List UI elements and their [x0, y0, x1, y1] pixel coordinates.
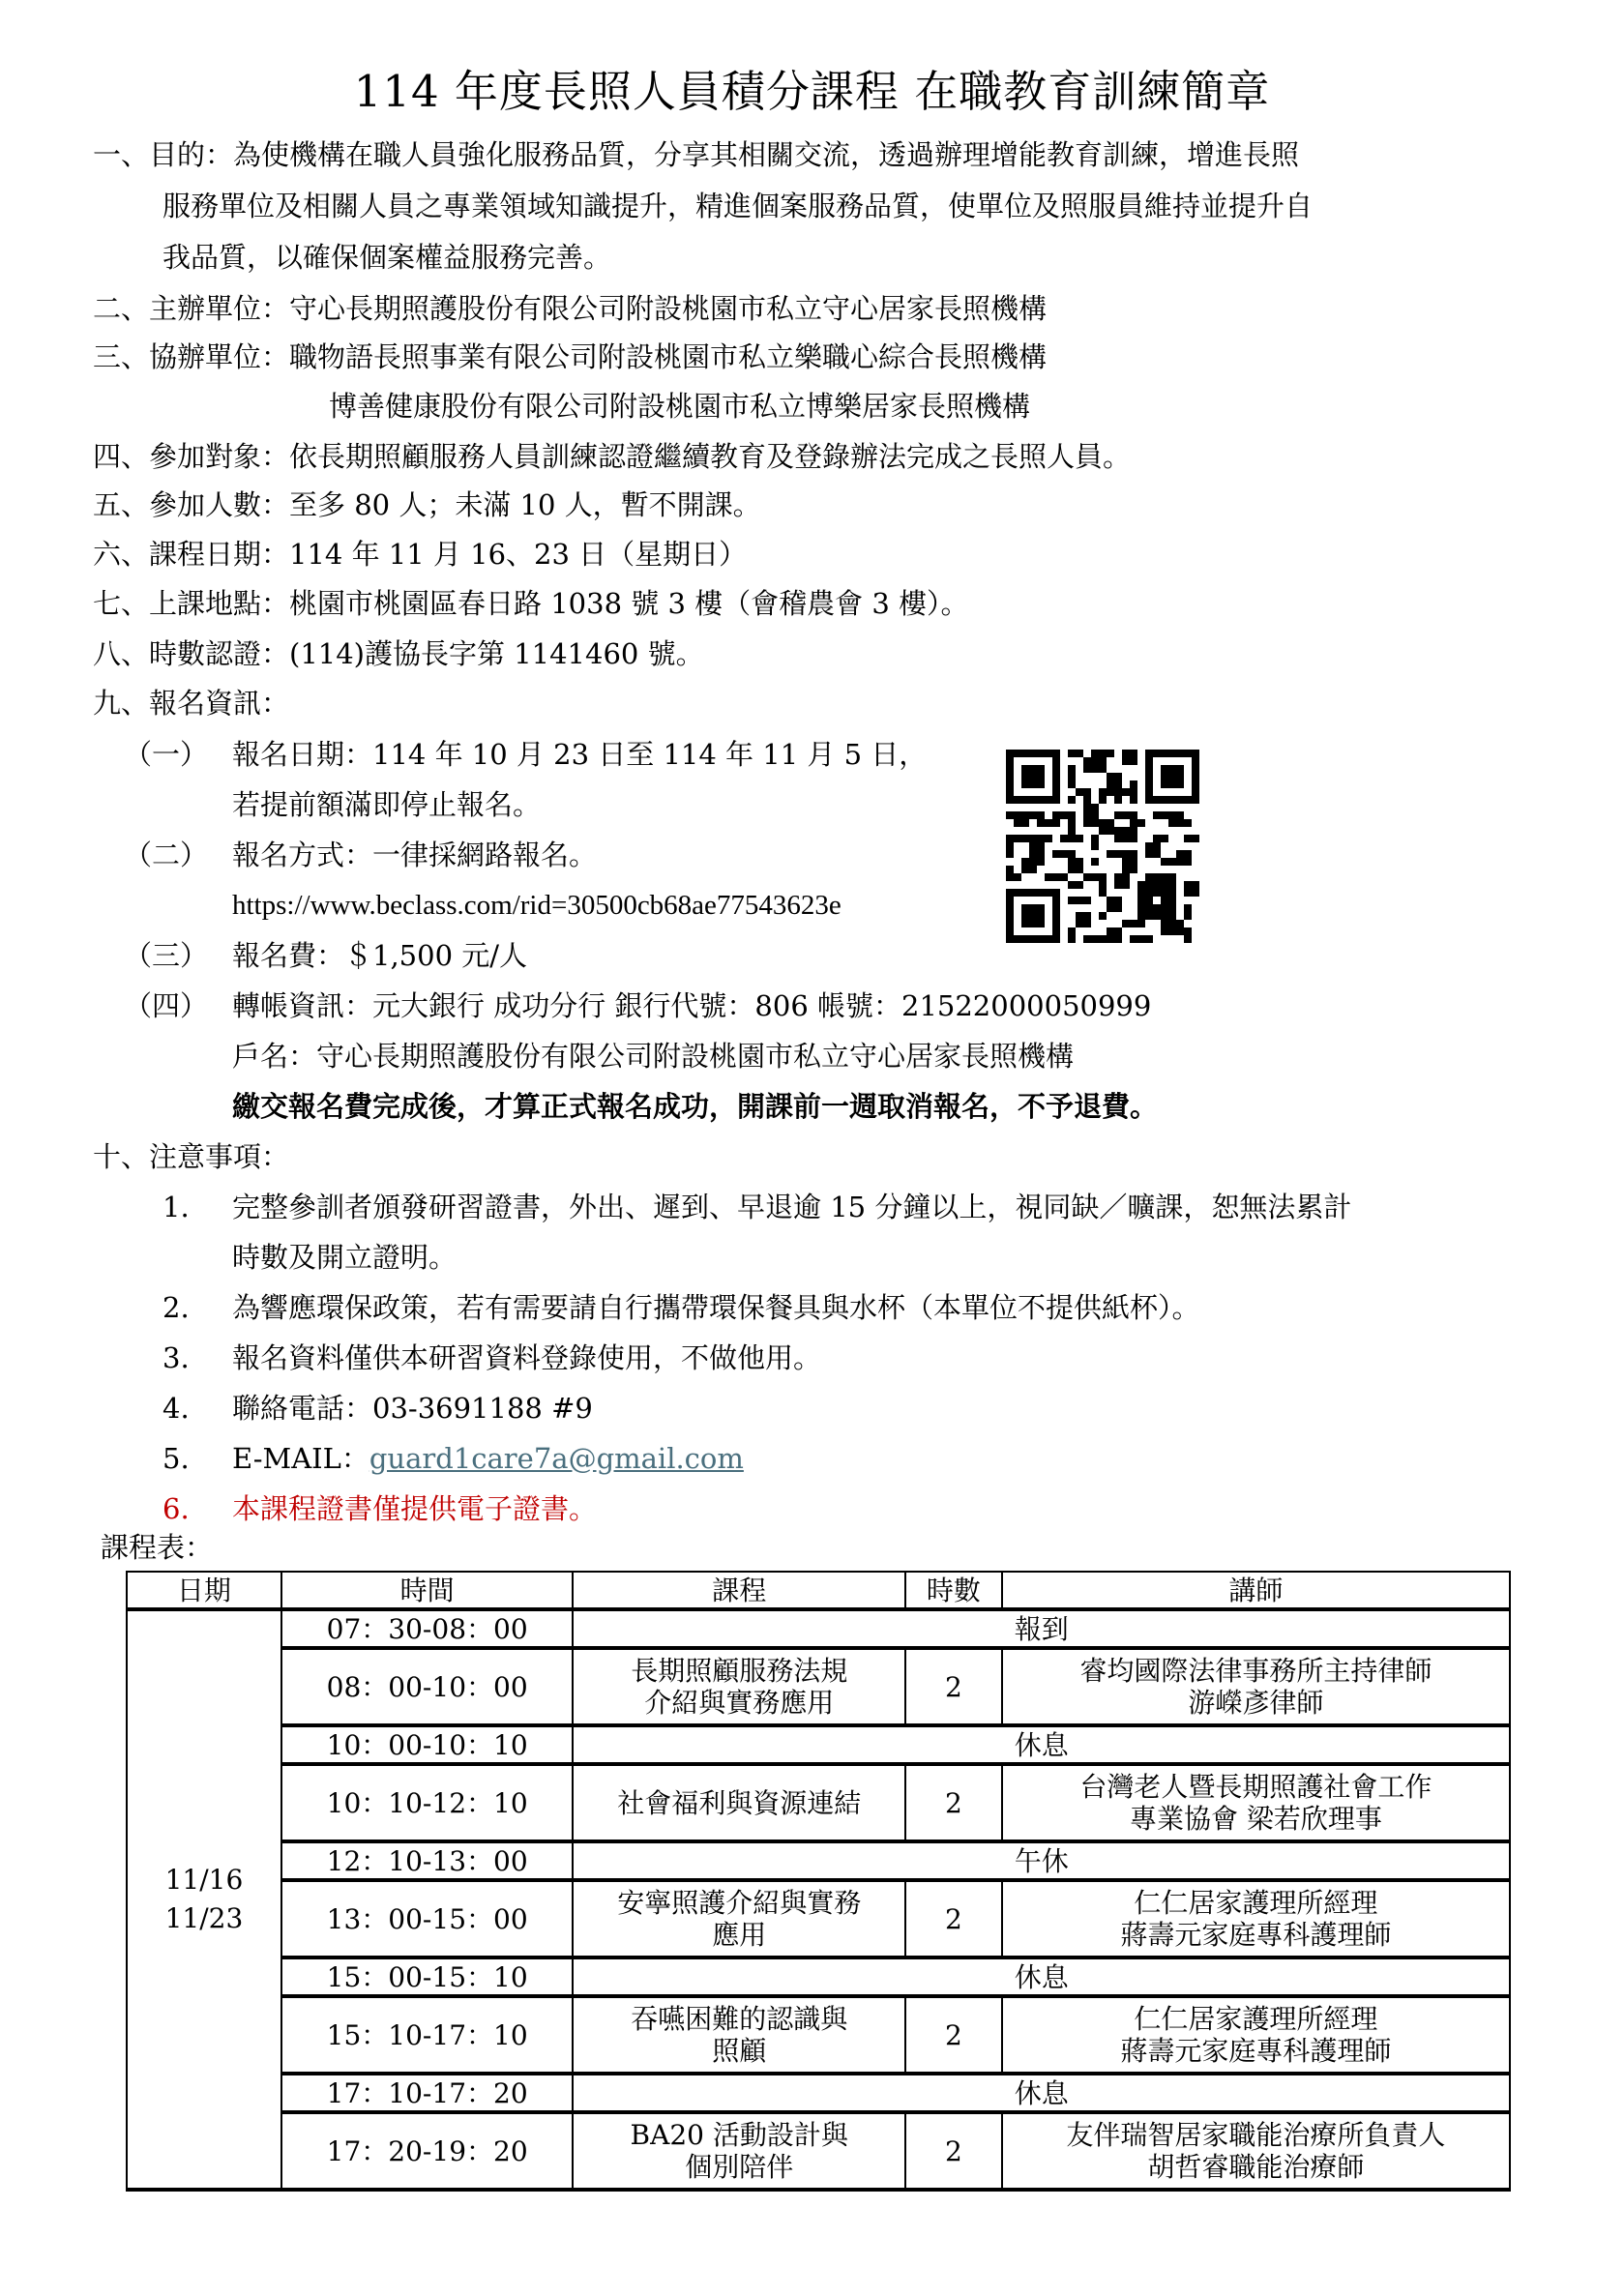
table-row: 17：10-17：20 休息: [127, 2074, 1510, 2112]
note-5-number: 5.: [162, 1439, 190, 1478]
course-line: 個別陪伴: [579, 2151, 899, 2183]
payment-notice: 繳交報名費完成後，才算正式報名成功，開課前一週取消報名，不予退費。: [232, 1087, 1158, 1126]
header-course: 課程: [573, 1572, 905, 1609]
header-date: 日期: [127, 1572, 281, 1609]
table-header-row: 日期 時間 課程 時數 講師: [127, 1572, 1510, 1609]
merged-cell: 報到: [573, 1609, 1510, 1648]
note-3-number: 3.: [162, 1339, 190, 1377]
organizer: 二、主辦單位：守心長期照護股份有限公司附設桃園市私立守心居家長照機構: [93, 289, 1047, 328]
registration-fee: 報名費：＄1,500 元/人: [232, 936, 527, 975]
bank-transfer-info: 轉帳資訊：元大銀行 成功分行 銀行代號：806 帳號：2152200005099…: [232, 986, 1151, 1025]
registration-marker-2: （二）: [124, 836, 208, 874]
course-line: 應用: [579, 1919, 899, 1951]
lecturer-line: 睿均國際法律事務所主持律師: [1009, 1655, 1503, 1687]
table-row: 12：10-13：00 午休: [127, 1841, 1510, 1880]
email-row: E-MAIL：guard1care7a@gmail.com: [232, 1439, 744, 1478]
course-cell: 長期照顧服務法規介紹與實務應用: [573, 1648, 905, 1725]
email-label: E-MAIL：: [232, 1442, 369, 1475]
merged-cell: 休息: [573, 1957, 1510, 1996]
capacity: 五、參加人數：至多 80 人；未滿 10 人，暫不開課。: [93, 486, 761, 524]
course-cell: 安寧照護介紹與實務應用: [573, 1880, 905, 1957]
table-row: 15：00-15：10 休息: [127, 1957, 1510, 1996]
note-1-number: 1.: [162, 1188, 190, 1226]
table-row: 11/16 11/23 07：30-08：00 報到: [127, 1609, 1510, 1648]
time-cell: 07：30-08：00: [281, 1609, 574, 1648]
hours-cell: 2: [905, 1648, 1002, 1725]
merged-cell: 午休: [573, 1841, 1510, 1880]
lecturer-line: 蔣壽元家庭專科護理師: [1009, 1919, 1503, 1951]
table-row: 13：00-15：00 安寧照護介紹與實務應用 2 仁仁居家護理所經理蔣壽元家庭…: [127, 1880, 1510, 1957]
course-line: 照顧: [579, 2035, 899, 2067]
purpose-line-3: 我品質，以確保個案權益服務完善。: [162, 238, 611, 277]
document-title: 114 年度長照人員積分課程 在職教育訓練簡章: [0, 56, 1624, 119]
time-cell: 15：00-15：10: [281, 1957, 574, 1996]
merged-cell: 休息: [573, 2074, 1510, 2112]
note-1-text: 完整參訓者頒發研習證書，外出、遲到、早退逾 15 分鐘以上，視同缺／曠課，恕無法…: [232, 1188, 1351, 1226]
registration-heading: 九、報名資訊：: [93, 684, 289, 722]
date-line-1: 11/16: [133, 1861, 275, 1899]
certification: 八、時數認證：(114)護協長字第 1141460 號。: [93, 634, 704, 673]
schedule-table: 日期 時間 課程 時數 講師 11/16 11/23 07：30-08：00 報…: [126, 1571, 1511, 2192]
table-row: 17：20-19：20 BA20 活動設計與個別陪伴 2 友伴瑞智居家職能治療所…: [127, 2112, 1510, 2190]
date-line-2: 11/23: [133, 1899, 275, 1938]
hours-cell: 2: [905, 1880, 1002, 1957]
course-cell: 吞嚥困難的認識與照顧: [573, 1996, 905, 2074]
lecturer-cell: 睿均國際法律事務所主持律師游嶸彥律師: [1002, 1648, 1510, 1725]
course-dates: 六、課程日期：114 年 11 月 16、23 日（星期日）: [93, 535, 747, 574]
course-line: 安寧照護介紹與實務: [579, 1887, 899, 1919]
time-cell: 17：10-17：20: [281, 2074, 574, 2112]
lecturer-line: 台灣老人暨長期照護社會工作: [1009, 1771, 1503, 1803]
lecturer-line: 專業協會 梁若欣理事: [1009, 1803, 1503, 1835]
email-link[interactable]: guard1care7a@gmail.com: [369, 1442, 744, 1475]
time-cell: 10：00-10：10: [281, 1725, 574, 1764]
notes-heading: 十、注意事項：: [93, 1137, 289, 1176]
note-4-number: 4.: [162, 1389, 190, 1428]
lecturer-cell: 仁仁居家護理所經理蔣壽元家庭專科護理師: [1002, 1880, 1510, 1957]
time-cell: 08：00-10：00: [281, 1648, 574, 1725]
header-time: 時間: [281, 1572, 574, 1609]
lecturer-line: 游嶸彥律師: [1009, 1687, 1503, 1719]
merged-cell: 休息: [573, 1725, 1510, 1764]
course-line: 介紹與實務應用: [579, 1687, 899, 1719]
registration-marker-3: （三）: [124, 936, 208, 975]
registration-marker-4: （四）: [124, 986, 208, 1025]
header-hours: 時數: [905, 1572, 1002, 1609]
table-row: 10：10-12：10 社會福利與資源連結 2 台灣老人暨長期照護社會工作專業協…: [127, 1764, 1510, 1841]
certificate-notice: 本課程證書僅提供電子證書。: [232, 1489, 597, 1528]
lecturer-line: 胡哲睿職能治療師: [1009, 2151, 1503, 2183]
lecturer-line: 仁仁居家護理所經理: [1009, 1887, 1503, 1919]
purpose-line-2: 服務單位及相關人員之專業領域知識提升，精進個案服務品質，使單位及照服員維持並提升…: [162, 187, 1313, 225]
registration-url[interactable]: https://www.beclass.com/rid=30500cb68ae7…: [232, 886, 842, 925]
hours-cell: 2: [905, 2112, 1002, 2190]
course-cell: 社會福利與資源連結: [573, 1764, 905, 1841]
header-lecturer: 講師: [1002, 1572, 1510, 1609]
time-cell: 12：10-13：00: [281, 1841, 574, 1880]
co-organizer-2: 博善健康股份有限公司附設桃園市私立博樂居家長照機構: [329, 387, 1030, 426]
lecturer-line: 仁仁居家護理所經理: [1009, 2003, 1503, 2035]
registration-dates-note: 若提前額滿即停止報名。: [232, 785, 541, 824]
hours-cell: 2: [905, 1764, 1002, 1841]
lecturer-line: 友伴瑞智居家職能治療所負責人: [1009, 2119, 1503, 2151]
account-holder: 戶名：守心長期照護股份有限公司附設桃園市私立守心居家長照機構: [232, 1037, 1074, 1075]
time-cell: 15：10-17：10: [281, 1996, 574, 2074]
registration-method: 報名方式：一律採網路報名。: [232, 836, 597, 874]
course-line: 社會福利與資源連結: [579, 1787, 899, 1819]
schedule-label: 課程表：: [101, 1528, 213, 1567]
registration-dates: 報名日期：114 年 10 月 23 日至 114 年 11 月 5 日，: [232, 735, 927, 774]
time-cell: 17：20-19：20: [281, 2112, 574, 2190]
course-line: 長期照顧服務法規: [579, 1655, 899, 1687]
lecturer-cell: 仁仁居家護理所經理蔣壽元家庭專科護理師: [1002, 1996, 1510, 2074]
date-cell: 11/16 11/23: [127, 1609, 281, 2190]
table-row: 10：00-10：10 休息: [127, 1725, 1510, 1764]
purpose-line-1: 一、目的：為使機構在職人員強化服務品質，分享其相關交流，透過辦理增能教育訓練，增…: [93, 135, 1299, 174]
lecturer-cell: 台灣老人暨長期照護社會工作專業協會 梁若欣理事: [1002, 1764, 1510, 1841]
lecturer-cell: 友伴瑞智居家職能治療所負責人胡哲睿職能治療師: [1002, 2112, 1510, 2190]
note-2-number: 2.: [162, 1288, 190, 1327]
note-6-number: 6.: [162, 1489, 190, 1528]
time-cell: 10：10-12：10: [281, 1764, 574, 1841]
note-2-text: 為響應環保政策，若有需要請自行攜帶環保餐具與水杯（本單位不提供紙杯）。: [232, 1288, 1200, 1327]
note-1-cont: 時數及開立證明。: [232, 1238, 457, 1277]
course-line: 吞嚥困難的認識與: [579, 2003, 899, 2035]
hours-cell: 2: [905, 1996, 1002, 2074]
note-3-text: 報名資料僅供本研習資料登錄使用，不做他用。: [232, 1339, 821, 1377]
lecturer-line: 蔣壽元家庭專科護理師: [1009, 2035, 1503, 2067]
course-cell: BA20 活動設計與個別陪伴: [573, 2112, 905, 2190]
contact-phone: 聯絡電話：03-3691188 #9: [232, 1389, 593, 1428]
table-row: 08：00-10：00 長期照顧服務法規介紹與實務應用 2 睿均國際法律事務所主…: [127, 1648, 1510, 1725]
participants: 四、參加對象：依長期照顧服務人員訓練認證繼續教育及登錄辦法完成之長照人員。: [93, 437, 1131, 476]
course-line: BA20 活動設計與: [579, 2119, 899, 2151]
co-organizer-1: 三、協辦單位：職物語長照事業有限公司附設桃園市私立樂職心綜合長照機構: [93, 338, 1047, 376]
registration-qr-code[interactable]: [1006, 750, 1199, 943]
location: 七、上課地點：桃園市桃園區春日路 1038 號 3 樓（會稽農會 3 樓）。: [93, 584, 969, 623]
registration-marker-1: （一）: [124, 735, 208, 774]
time-cell: 13：00-15：00: [281, 1880, 574, 1957]
table-row: 15：10-17：10 吞嚥困難的認識與照顧 2 仁仁居家護理所經理蔣壽元家庭專…: [127, 1996, 1510, 2074]
